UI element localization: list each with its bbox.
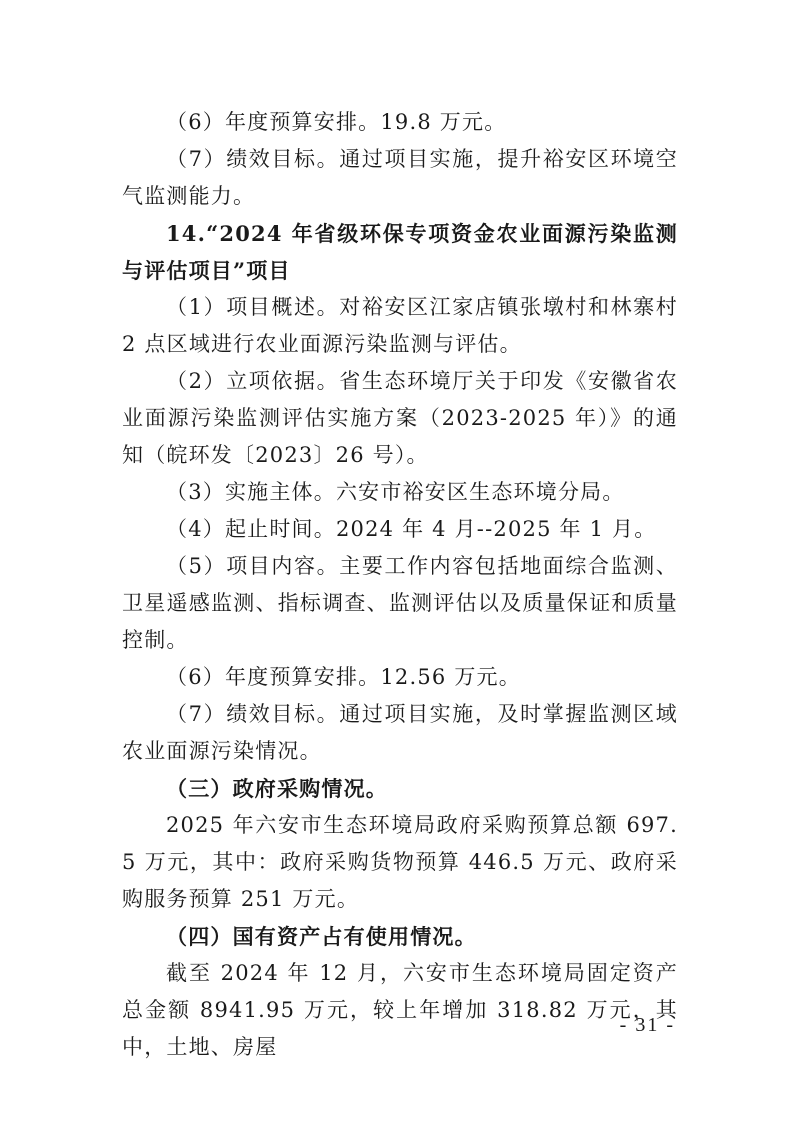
paragraph-goal-7b: （7）绩效目标。通过项目实施，及时掌握监测区域农业面源污染情况。 [122,696,678,770]
section-heading-assets: （四）国有资产占有使用情况。 [122,918,678,955]
paragraph-budget-6: （6）年度预算安排。19.8 万元。 [122,104,678,141]
section-heading-procurement: （三）政府采购情况。 [122,770,678,807]
paragraph-procurement: 2025 年六安市生态环境局政府采购预算总额 697.5 万元，其中：政府采购货… [122,807,678,918]
paragraph-content-5: （5）项目内容。主要工作内容包括地面综合监测、卫星遥感监测、指标调查、监测评估以… [122,548,678,659]
paragraph-goal-7: （7）绩效目标。通过项目实施，提升裕安区环境空气监测能力。 [122,141,678,215]
section-heading-project-14: 14.“2024 年省级环保专项资金农业面源污染监测与评估项目”项目 [122,215,678,289]
paragraph-entity-3: （3）实施主体。六安市裕安区生态环境分局。 [122,474,678,511]
paragraph-period-4: （4）起止时间。2024 年 4 月--2025 年 1 月。 [122,511,678,548]
paragraph-assets: 截至 2024 年 12 月，六安市生态环境局固定资产总金额 8941.95 万… [122,955,678,1066]
page-number: - 31 - [620,1014,675,1037]
paragraph-overview-1: （1）项目概述。对裕安区江家店镇张墩村和林寨村 2 点区域进行农业面源污染监测与… [122,289,678,363]
document-body: （6）年度预算安排。19.8 万元。 （7）绩效目标。通过项目实施，提升裕安区环… [122,104,678,1066]
paragraph-basis-2: （2）立项依据。省生态环境厅关于印发《安徽省农业面源污染监测评估实施方案（202… [122,363,678,474]
paragraph-budget-6b: （6）年度预算安排。12.56 万元。 [122,659,678,696]
